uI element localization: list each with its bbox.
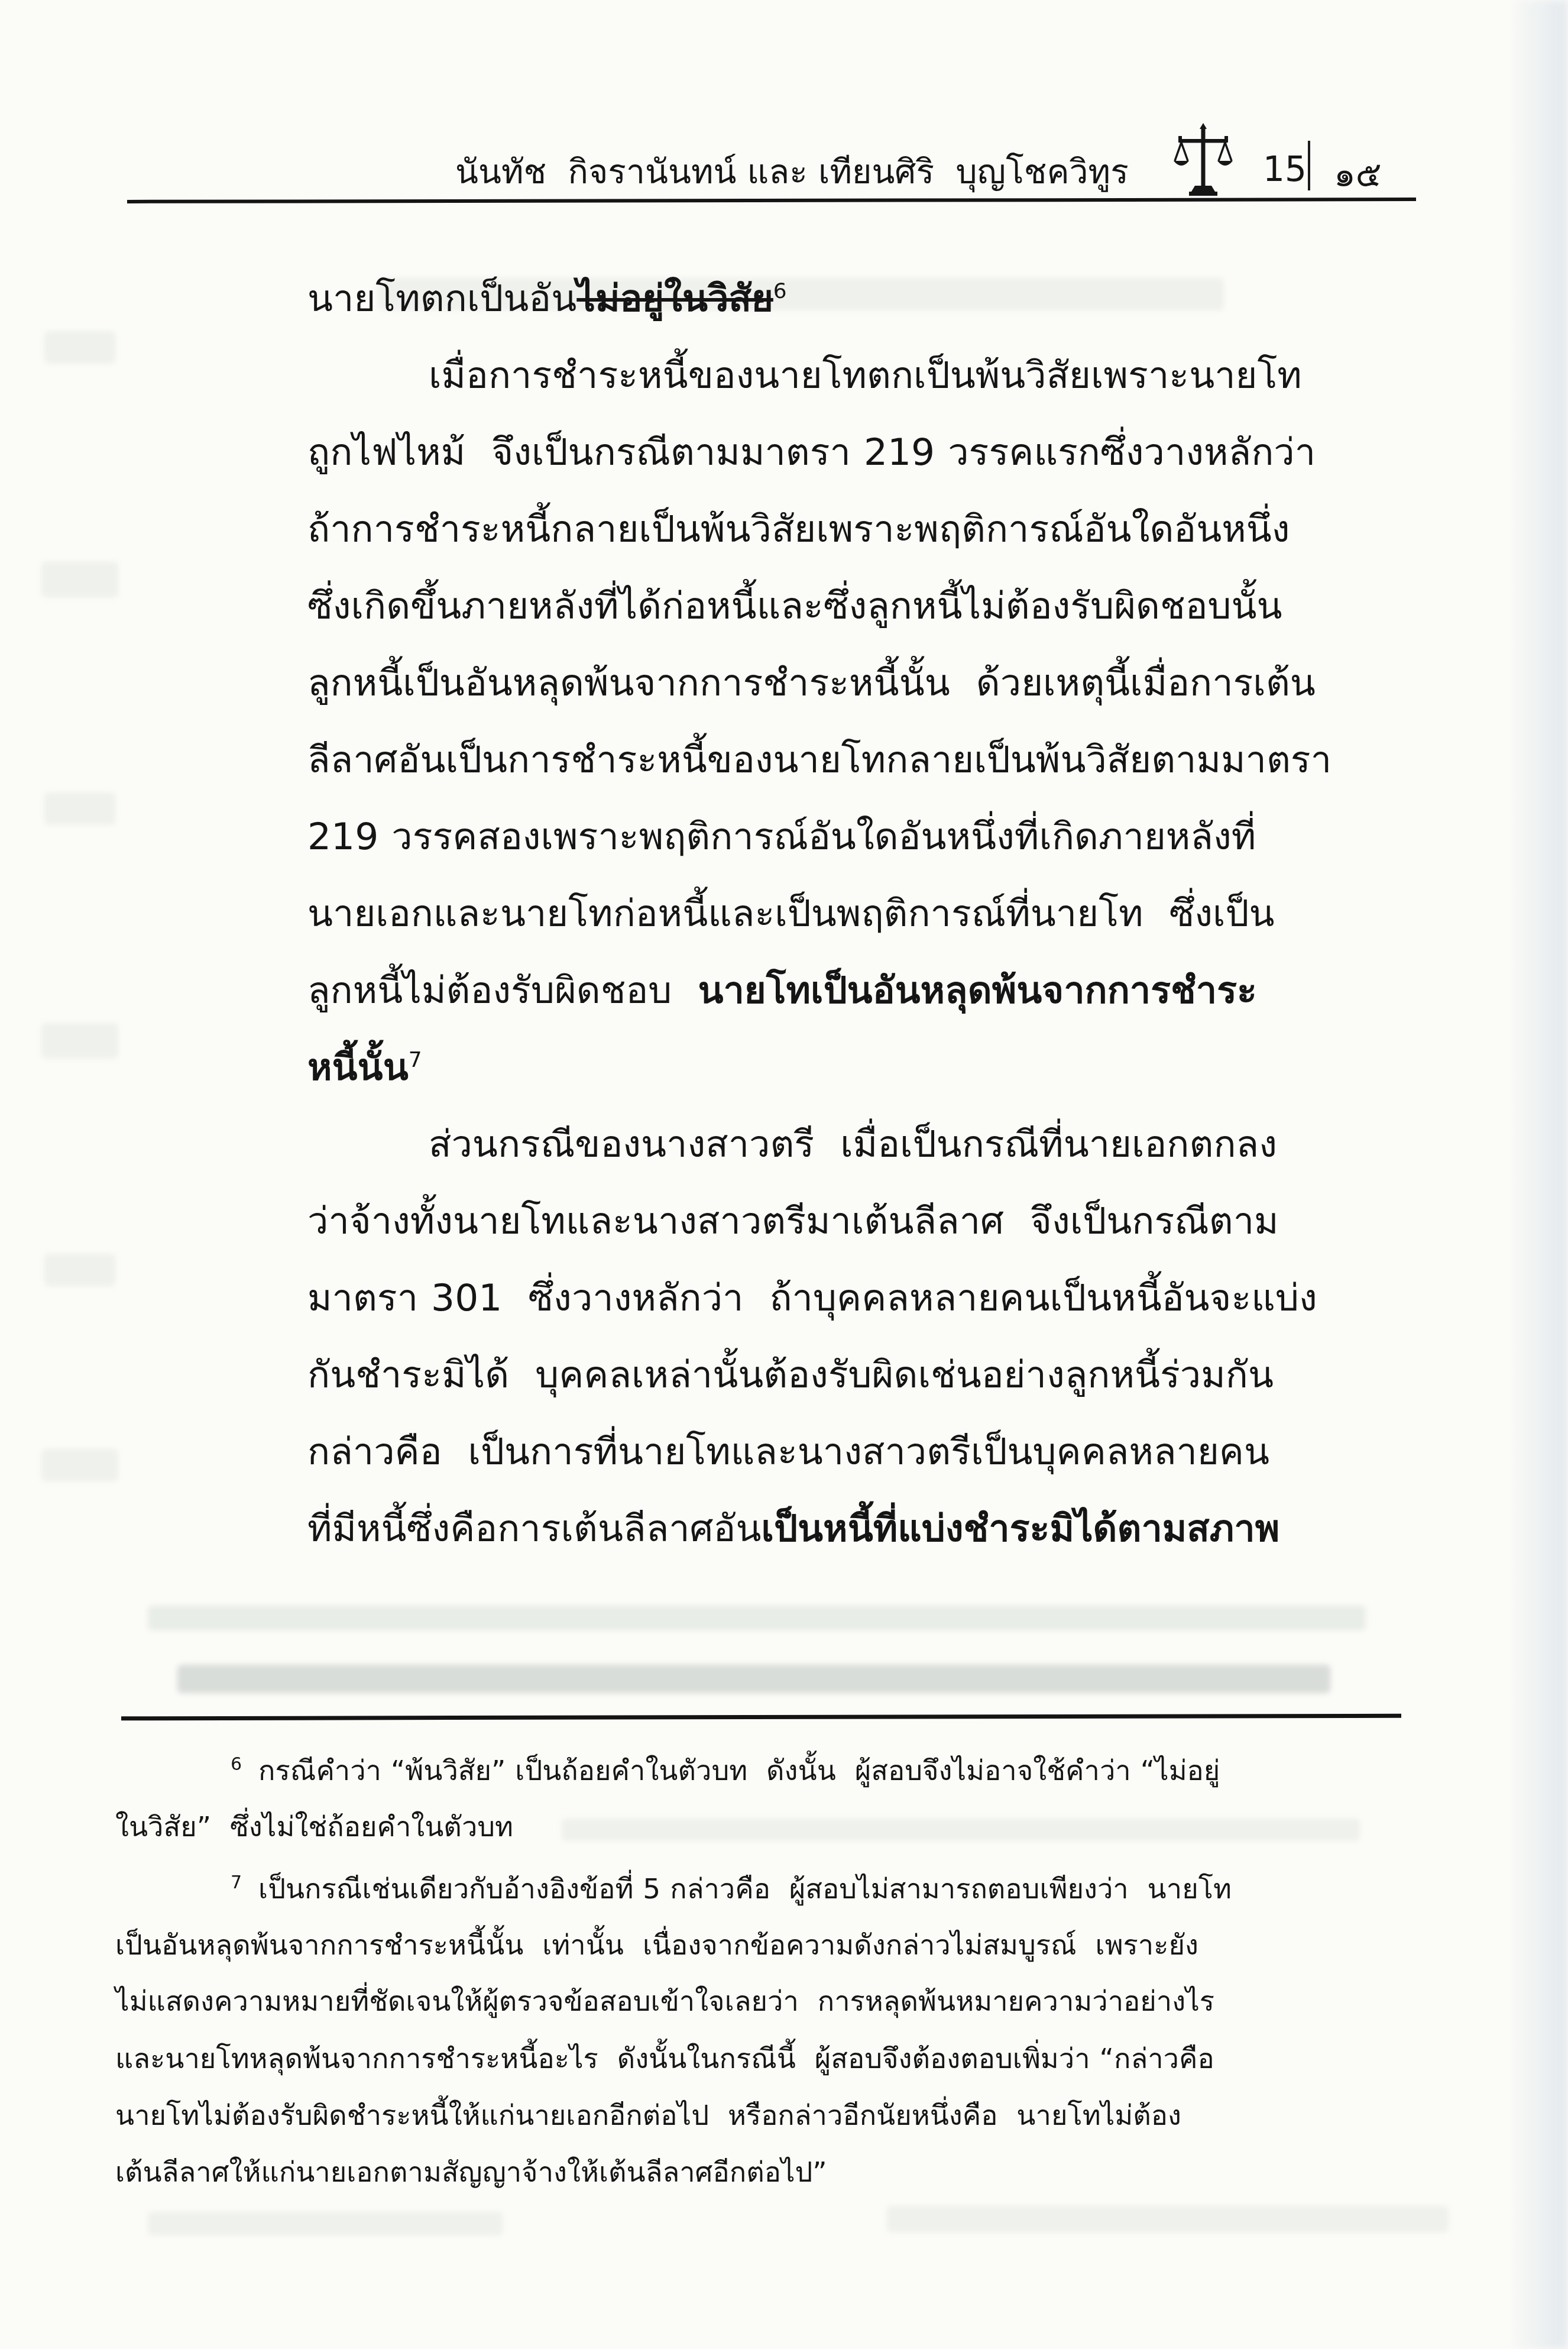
body-text-segment: ส่วนกรณีของนางสาวตรี เมื่อเป็นกรณีที่นาย…: [429, 1122, 1277, 1166]
bleed-through-ghost: [44, 792, 115, 825]
bleed-through-ghost: [44, 331, 115, 364]
body-text-segment: ถ้าการชำระหนี้กลายเป็นพ้นวิสัยเพราะพฤติก…: [307, 507, 1290, 551]
body-text-segment: นายเอกและนายโทก่อหนี้และเป็นพฤติการณ์ที่…: [307, 892, 1275, 935]
footnote-text: ไม่แสดงความหมายที่ชัดเจนให้ผู้ตรวจข้อสอบ…: [115, 1985, 1214, 2018]
body-line: นายโทตกเป็นอันไม่อยู่ในวิสัย6: [307, 266, 1431, 331]
bold-text: เป็นหนี้ที่แบ่งชำระมิได้ตามสภาพ: [762, 1507, 1280, 1550]
header-authors: นันทัช กิจรานันทน์ และ เทียนศิริ บุญโชคว…: [455, 145, 1129, 199]
footnote-line: 7เป็นกรณีเช่นเดียวกับอ้างอิงข้อที่ 5 กล่…: [115, 1866, 1561, 1913]
footnote-text: และนายโทหลุดพ้นจากการชำระหนี้อะไร ดังนั้…: [115, 2043, 1214, 2075]
body-text-segment: นายโทตกเป็นอัน: [307, 277, 576, 320]
footnote-text: นายโทไม่ต้องรับผิดชำระหนี้ให้แก่นายเอกอี…: [115, 2099, 1181, 2132]
bold-text: นายโทเป็นอันหลุดพ้นจากการชำระ: [698, 969, 1256, 1012]
bleed-through-ghost: [177, 1665, 1330, 1693]
footnote-marker-6: 6: [231, 1754, 242, 1775]
body-line: ส่วนกรณีของนางสาวตรี เมื่อเป็นกรณีที่นาย…: [429, 1112, 1552, 1177]
footnote-text: เป็นกรณีเช่นเดียวกับอ้างอิงข้อที่ 5 กล่า…: [258, 1873, 1232, 1905]
bleed-through-ghost: [41, 1023, 118, 1059]
body-text-segment: เมื่อการชำระหนี้ของนายโทตกเป็นพ้นวิสัยเพ…: [429, 354, 1302, 397]
bleed-through-ghost: [41, 1449, 118, 1481]
body-text-segment: 219 วรรคสองเพราะพฤติการณ์อันใดอันหนึ่งที…: [307, 815, 1256, 858]
footnote-ref-6: 6: [773, 279, 787, 303]
body-line: ถ้าการชำระหนี้กลายเป็นพ้นวิสัยเพราะพฤติก…: [307, 497, 1431, 562]
body-line: ถูกไฟไหม้ จึงเป็นกรณีตามมาตรา 219 วรรคแร…: [307, 420, 1431, 485]
page-number-divider: [1308, 141, 1310, 190]
scales-of-justice-icon: [1174, 123, 1233, 203]
footnote-line: เป็นอันหลุดพ้นจากการชำระหนี้นั้น เท่านั้…: [115, 1922, 1446, 1969]
bleed-through-ghost: [44, 1254, 115, 1286]
footnote-separator: [121, 1714, 1401, 1721]
footnote-line: ไม่แสดงความหมายที่ชัดเจนให้ผู้ตรวจข้อสอบ…: [115, 1978, 1446, 2026]
footnote-ref-7: 7: [409, 1048, 422, 1072]
body-text-segment: ลูกหนี้ไม่ต้องรับผิดชอบ: [307, 969, 698, 1012]
body-text-segment: มาตรา 301 ซึ่งวางหลักว่า ถ้าบุคคลหลายคนเ…: [307, 1276, 1317, 1319]
body-line: มาตรา 301 ซึ่งวางหลักว่า ถ้าบุคคลหลายคนเ…: [307, 1266, 1431, 1331]
body-line: ลูกหนี้ไม่ต้องรับผิดชอบ นายโทเป็นอันหลุด…: [307, 958, 1431, 1023]
body-text-segment: ซึ่งเกิดขึ้นภายหลังที่ได้ก่อหนี้และซึ่งล…: [307, 584, 1282, 627]
footnote-text: เป็นอันหลุดพ้นจากการชำระหนี้นั้น เท่านั้…: [115, 1929, 1198, 1962]
page-number-thai: ๑๕: [1334, 147, 1382, 202]
bleed-through-ghost: [148, 1606, 1366, 1630]
footnote-text: กรณีคำว่า “พ้นวิสัย” เป็นถ้อยคำในตัวบท ด…: [258, 1755, 1220, 1787]
body-line: เมื่อการชำระหนี้ของนายโทตกเป็นพ้นวิสัยเพ…: [429, 343, 1552, 408]
body-line: ที่มีหนี้ซึ่งคือการเต้นลีลาศอันเป็นหนี้ท…: [307, 1496, 1431, 1561]
bleed-through-ghost: [41, 562, 118, 597]
body-text-segment: ลีลาศอันเป็นการชำระหนี้ของนายโทกลายเป็นพ…: [307, 738, 1331, 781]
bleed-through-ghost: [148, 2212, 503, 2235]
body-line: ลีลาศอันเป็นการชำระหนี้ของนายโทกลายเป็นพ…: [307, 727, 1431, 792]
footnote-text: ในวิสัย” ซึ่งไม่ใช่ถ้อยคำในตัวบท: [115, 1811, 513, 1843]
footnote-line: เต้นลีลาศให้แก่นายเอกตามสัญญาจ้างให้เต้น…: [115, 2149, 1446, 2196]
bold-text: หนี้นั้น: [307, 1046, 409, 1089]
body-line: ว่าจ้างทั้งนายโทและนางสาวตรีมาเต้นลีลาศ …: [307, 1189, 1431, 1254]
footnote-line: และนายโทหลุดพ้นจากการชำระหนี้อะไร ดังนั้…: [115, 2036, 1446, 2083]
body-line: ลูกหนี้เป็นอันหลุดพ้นจากการชำระหนี้นั้น …: [307, 651, 1431, 716]
footnote-line: นายโทไม่ต้องรับผิดชำระหนี้ให้แก่นายเอกอี…: [115, 2092, 1446, 2140]
body-text-segment: กล่าวคือ เป็นการที่นายโทและนางสาวตรีเป็น…: [307, 1430, 1269, 1473]
body-text-segment: กันชำระมิได้ บุคคลเหล่านั้นต้องรับผิดเช่…: [307, 1353, 1274, 1396]
body-line: 219 วรรคสองเพราะพฤติการณ์อันใดอันหนึ่งที…: [307, 804, 1431, 869]
footnote-line: 6กรณีคำว่า “พ้นวิสัย” เป็นถ้อยคำในตัวบท …: [115, 1748, 1561, 1795]
body-text-segment: ลูกหนี้เป็นอันหลุดพ้นจากการชำระหนี้นั้น …: [307, 661, 1316, 704]
footnote-line: ในวิสัย” ซึ่งไม่ใช่ถ้อยคำในตัวบท: [115, 1804, 1446, 1851]
footnote-text: เต้นลีลาศให้แก่นายเอกตามสัญญาจ้างให้เต้น…: [115, 2156, 827, 2189]
page-number-arabic: 15: [1263, 149, 1307, 189]
scanned-book-page: นันทัช กิจรานันทน์ และ เทียนศิริ บุญโชคว…: [0, 0, 1568, 2349]
body-text-segment: ที่มีหนี้ซึ่งคือการเต้นลีลาศอัน: [307, 1507, 762, 1550]
struck-text: ไม่อยู่ในวิสัย: [576, 277, 773, 320]
footnote-marker-7: 7: [231, 1872, 242, 1893]
body-line: นายเอกและนายโทก่อหนี้และเป็นพฤติการณ์ที่…: [307, 881, 1431, 946]
body-text-segment: ถูกไฟไหม้ จึงเป็นกรณีตามมาตรา 219 วรรคแร…: [307, 431, 1316, 474]
bleed-through-ghost: [887, 2206, 1449, 2232]
body-line: ซึ่งเกิดขึ้นภายหลังที่ได้ก่อหนี้และซึ่งล…: [307, 574, 1431, 639]
body-line: กล่าวคือ เป็นการที่นายโทและนางสาวตรีเป็น…: [307, 1419, 1431, 1484]
body-line: กันชำระมิได้ บุคคลเหล่านั้นต้องรับผิดเช่…: [307, 1342, 1431, 1408]
body-line: หนี้นั้น7: [307, 1035, 1431, 1100]
body-text-segment: ว่าจ้างทั้งนายโทและนางสาวตรีมาเต้นลีลาศ …: [307, 1199, 1279, 1243]
